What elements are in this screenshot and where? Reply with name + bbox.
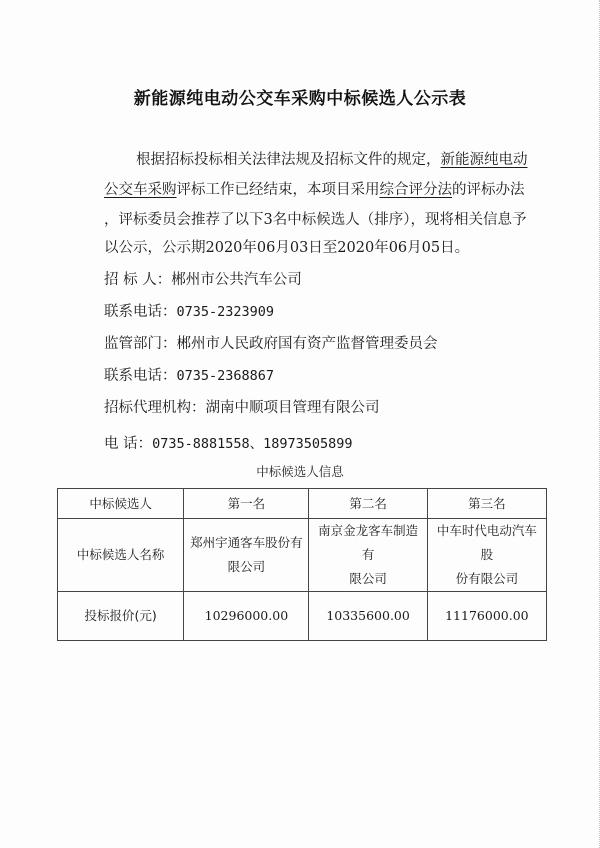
- contact-label: 招 标 人：: [104, 272, 171, 288]
- project-name-part-1: 新能源纯电动: [441, 152, 528, 168]
- bid-price-cell: 10335600.00: [309, 592, 427, 641]
- contact-tenderer-phone: 联系电话：0735-2323909: [104, 300, 274, 321]
- candidate-name-line: 限公司: [188, 555, 304, 579]
- contact-value: 湖南中顺项目管理有限公司: [206, 400, 380, 416]
- contact-agency-phone: 电 话：0735-8881558、18973505899: [104, 432, 353, 453]
- candidate-name-cell: 南京金龙客车制造有 限公司: [309, 519, 427, 592]
- contact-label: 电 话：: [104, 436, 152, 452]
- evaluation-method: 综合评分法: [380, 182, 453, 198]
- table-header-row: 中标候选人 第一名 第二名 第三名: [58, 489, 547, 519]
- intro-line-3: ，评标委员会推荐了以下3名中标候选人（排序），现将相关信息予: [104, 210, 524, 230]
- document-title: 新能源纯电动公交车采购中标候选人公示表: [0, 84, 600, 109]
- candidates-table: 中标候选人 第一名 第二名 第三名 中标候选人名称 郑州宇通客车股份有 限公司 …: [57, 488, 547, 641]
- contact-value: 0735-8881558、18973505899: [152, 436, 352, 452]
- intro-line-4: 以公示，公示期2020年06月03日至2020年06月05日。: [104, 238, 524, 258]
- contact-value: 0735-2368867: [177, 368, 275, 384]
- bid-price-cell: 10296000.00: [184, 592, 309, 641]
- candidate-name-line: 中车时代电动汽车股: [432, 519, 542, 567]
- contact-supervisor-phone: 联系电话：0735-2368867: [104, 364, 274, 385]
- contact-agency: 招标代理机构：湖南中顺项目管理有限公司: [104, 396, 380, 417]
- contact-label: 联系电话：: [104, 368, 177, 384]
- header-cell: 第三名: [427, 489, 546, 519]
- contact-label: 招标代理机构：: [104, 400, 206, 416]
- document-page: 新能源纯电动公交车采购中标候选人公示表 根据招标投标相关法律法规及招标文件的规定…: [0, 0, 600, 848]
- bid-price-cell: 11176000.00: [427, 592, 546, 641]
- candidate-name-cell: 中车时代电动汽车股 份有限公司: [427, 519, 546, 592]
- row-label: 中标候选人名称: [58, 519, 184, 592]
- table-caption: 中标候选人信息: [0, 462, 600, 480]
- header-cell: 第一名: [184, 489, 309, 519]
- row-label: 投标报价(元): [58, 592, 184, 641]
- contact-tenderer: 招 标 人：郴州市公共汽车公司: [104, 268, 302, 289]
- candidate-name-line: 限公司: [313, 567, 422, 591]
- table-row: 中标候选人名称 郑州宇通客车股份有 限公司 南京金龙客车制造有 限公司 中车时代…: [58, 519, 547, 592]
- contact-value: 郴州市人民政府国有资产监督管理委员会: [177, 336, 438, 352]
- table-row: 投标报价(元) 10296000.00 10335600.00 11176000…: [58, 592, 547, 641]
- intro-line-2: 公交车采购评标工作已经结束，本项目采用综合评分法的评标办法: [104, 180, 524, 200]
- candidate-name-line: 郑州宇通客车股份有: [188, 531, 304, 555]
- header-cell: 第二名: [309, 489, 427, 519]
- contact-value: 郴州市公共汽车公司: [171, 272, 302, 288]
- contact-supervisor: 监管部门：郴州市人民政府国有资产监督管理委员会: [104, 332, 438, 353]
- candidate-name-line: 南京金龙客车制造有: [313, 519, 422, 567]
- contact-label: 联系电话：: [104, 304, 177, 320]
- candidate-name-cell: 郑州宇通客车股份有 限公司: [184, 519, 309, 592]
- candidate-name-line: 份有限公司: [432, 567, 542, 591]
- intro-line-2-suffix: 的评标办法: [452, 182, 525, 198]
- header-cell: 中标候选人: [58, 489, 184, 519]
- contact-label: 监管部门：: [104, 336, 177, 352]
- intro-line-2-middle: 评标工作已经结束，本项目采用: [177, 182, 380, 198]
- project-name-part-2: 公交车采购: [104, 182, 177, 198]
- contact-value: 0735-2323909: [177, 304, 275, 320]
- intro-line-1-prefix: 根据招标投标相关法律法规及招标文件的规定，: [136, 152, 441, 168]
- intro-line-1: 根据招标投标相关法律法规及招标文件的规定，新能源纯电动: [136, 150, 556, 170]
